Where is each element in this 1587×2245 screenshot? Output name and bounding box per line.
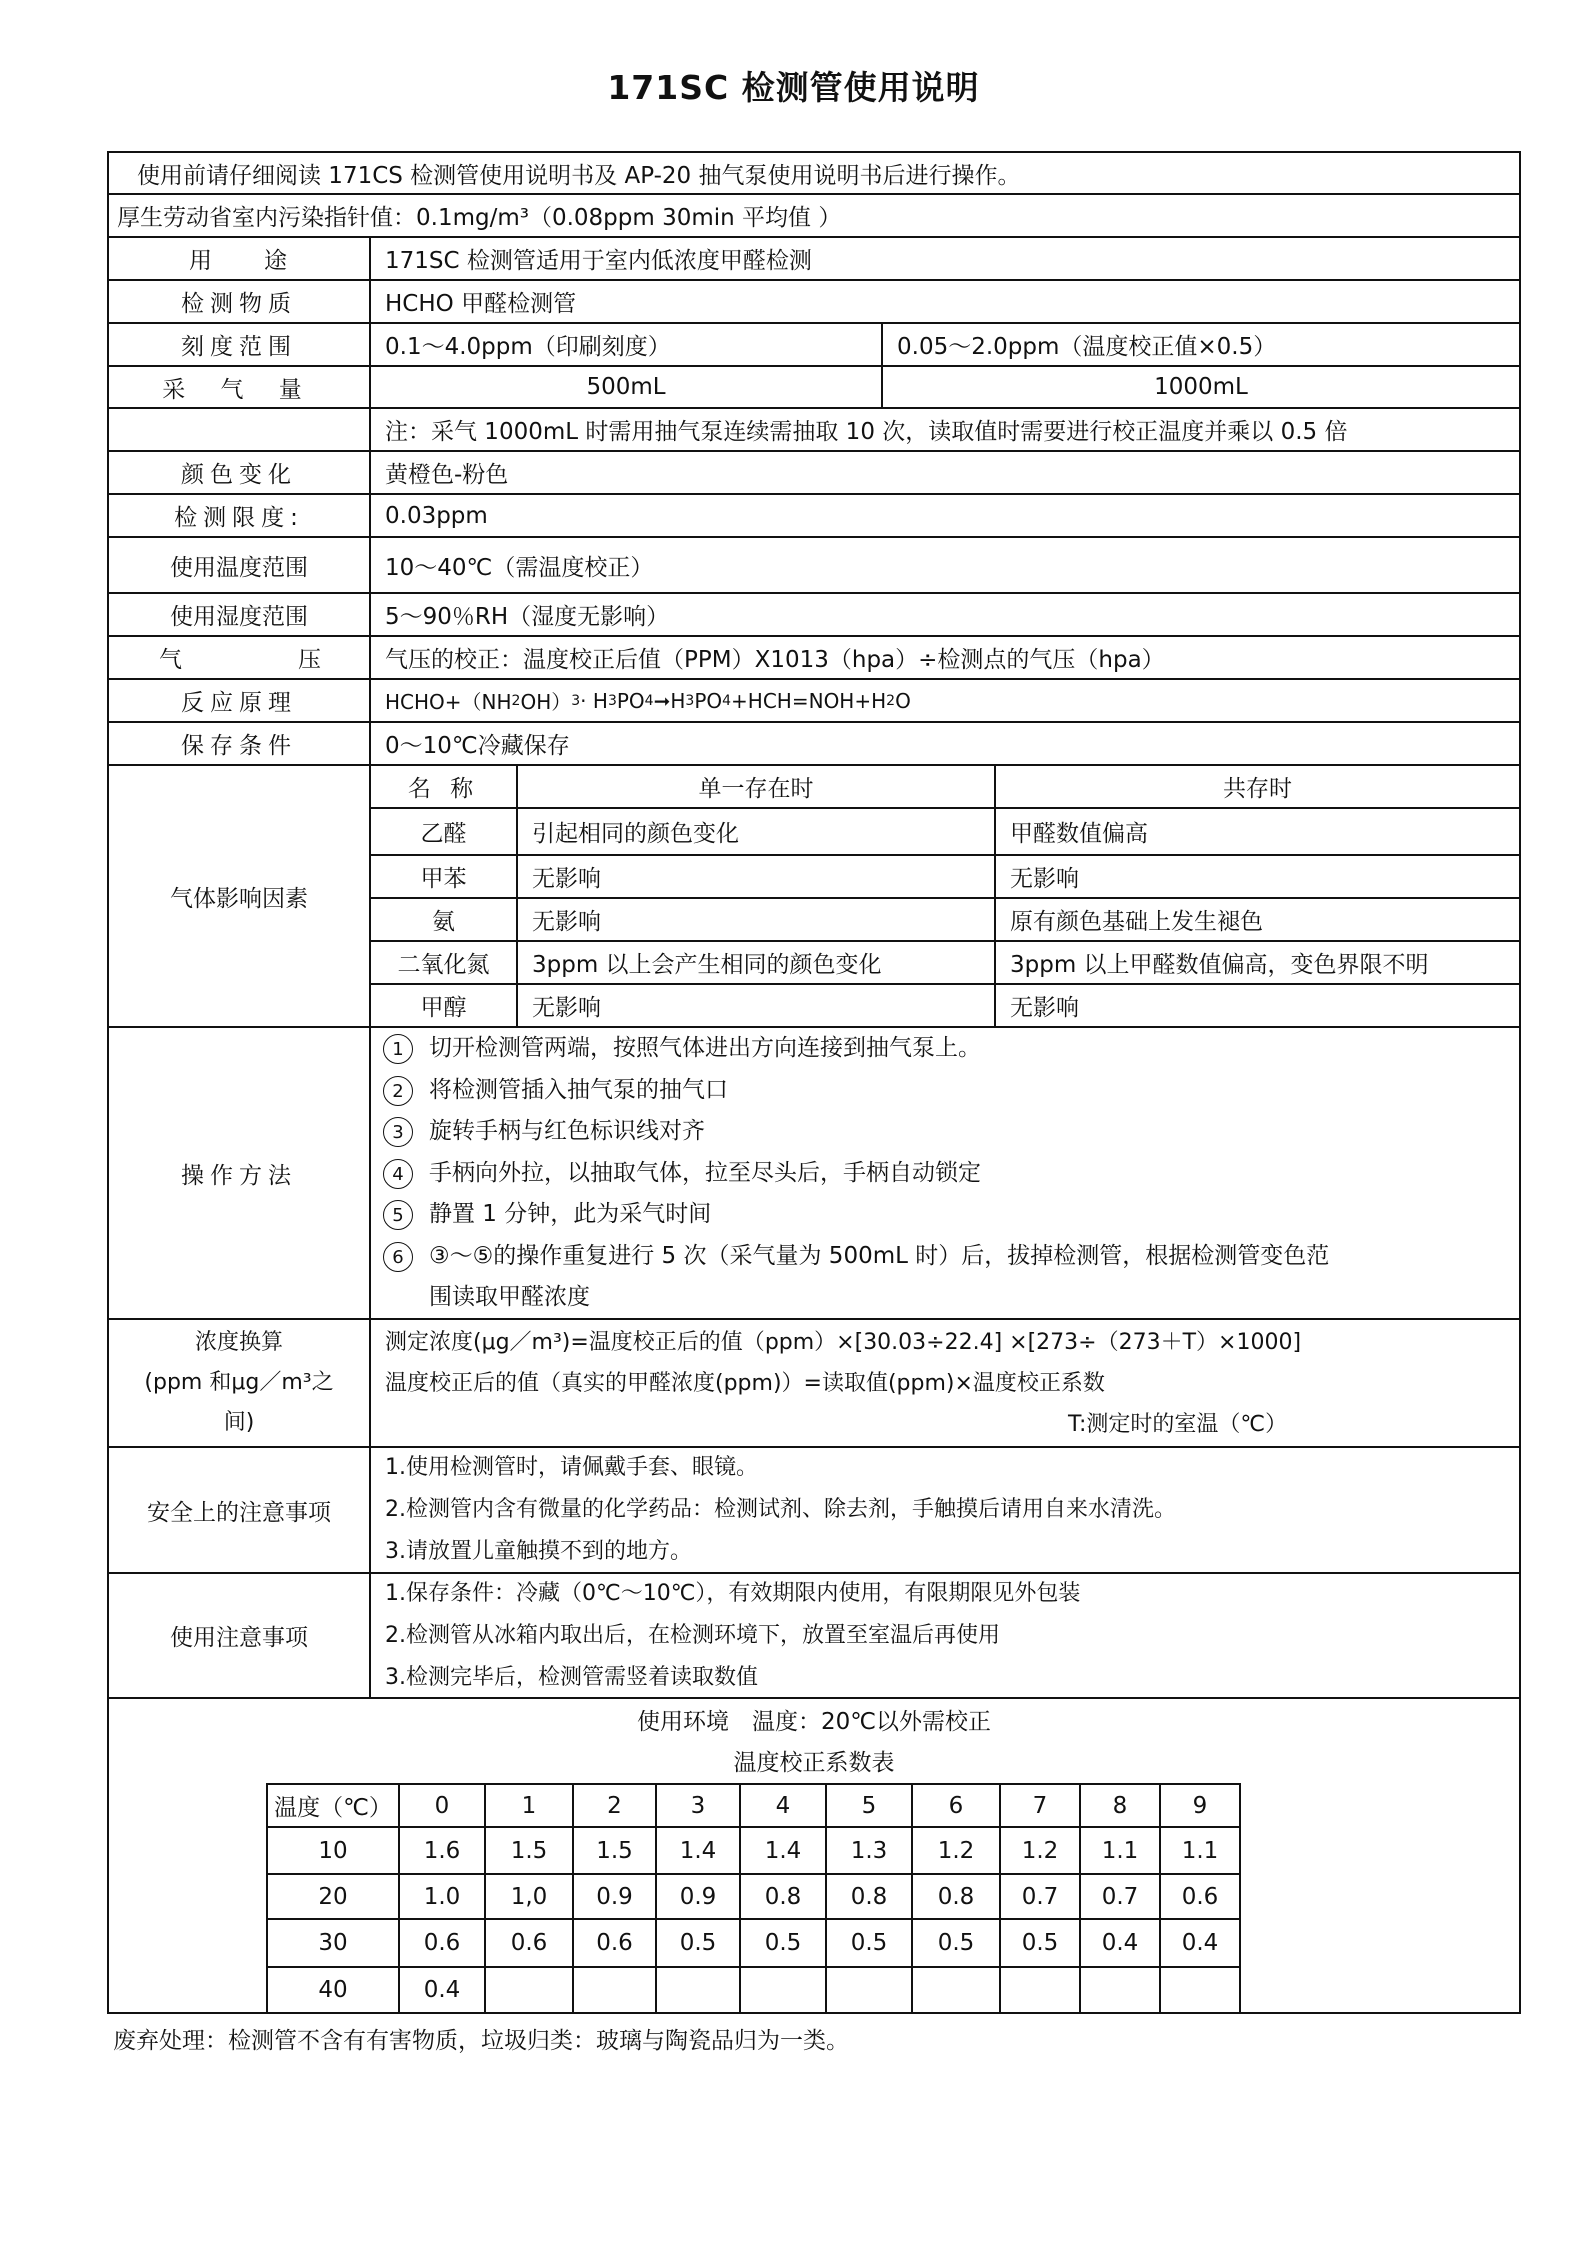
- sample-volume-label: 采 气 量: [109, 367, 369, 407]
- usage-notes-label: 使用注意事项: [109, 1574, 369, 1697]
- operation-step: 4手柄向外拉，以抽取气体，拉至尽头后，手柄自动锁定: [383, 1153, 981, 1195]
- conversion-formula-1: 测定浓度(μg／m³)=温度校正后的值（ppm）×[30.03÷22.4] ×[…: [385, 1322, 1301, 1363]
- color-change-value: 黄橙色-粉色: [371, 452, 1519, 493]
- step-number-icon: 4: [383, 1159, 413, 1189]
- gas-header-single: 单一存在时: [518, 766, 994, 807]
- pressure-label-a: 气: [159, 641, 182, 674]
- temp-range-label: 使用温度范围: [109, 538, 369, 592]
- operation-step: 6③～⑤的操作重复进行 5 次（采气量为 500mL 时）后，拔掉检测管，根据检…: [383, 1236, 1329, 1278]
- operation-step: 2将检测管插入抽气泵的抽气口: [383, 1070, 728, 1112]
- reaction-formula: HCHO+（NH2OH）3 · H3PO4➞H3PO4+HCH=NOH+H2O: [371, 680, 1519, 721]
- step-number-icon: 3: [383, 1117, 413, 1147]
- conversion-note: T:测定时的室温（℃）: [385, 1404, 1287, 1445]
- operation-step: 5静置 1 分钟，此为采气时间: [383, 1194, 711, 1236]
- gas-row-coexist: 原有颜色基础上发生褪色: [996, 899, 1519, 940]
- substance-value: HCHO 甲醛检测管: [371, 281, 1519, 322]
- table-row: 400.4: [267, 1967, 1240, 2013]
- gas-row-name: 甲苯: [371, 856, 516, 897]
- step-number-icon: 2: [383, 1076, 413, 1106]
- usage-note-item: 1.保存条件：冷藏（0℃～10℃），有效期限内使用，有限期限见外包装: [385, 1574, 1080, 1615]
- table-row: 101.61.51.51.41.41.31.21.21.11.1: [267, 1827, 1240, 1874]
- gas-row-name: 乙醛: [371, 809, 516, 854]
- gas-row-single: 无影响: [518, 985, 994, 1026]
- detection-limit-value: 0.03ppm: [371, 495, 1519, 536]
- gas-effects-label: 气体影响因素: [109, 766, 369, 1026]
- guideline-text: 厚生劳动省室内污染指针值：0.1mg/m³（0.08ppm 30min 平均值 …: [109, 195, 1519, 236]
- gas-header-coexist: 共存时: [996, 766, 1519, 807]
- sample-volume-1000: 1000mL: [883, 367, 1519, 407]
- storage-value: 0～10℃冷藏保存: [371, 723, 1519, 764]
- gas-row-single: 无影响: [518, 899, 994, 940]
- operation-steps: 1切开检测管两端，按照气体进出方向连接到抽气泵上。 2将检测管插入抽气泵的抽气口…: [371, 1028, 1519, 1318]
- reaction-label: 反应原理: [109, 680, 369, 721]
- safety-label: 安全上的注意事项: [109, 1448, 369, 1572]
- step-number-icon: 6: [383, 1242, 413, 1272]
- gas-row-single: 引起相同的颜色变化: [518, 809, 994, 854]
- sample-note: 注：采气 1000mL 时需用抽气泵连续需抽取 10 次，读取值时需要进行校正温…: [371, 409, 1519, 450]
- environment-line: 使用环境 温度：20℃以外需校正: [109, 1699, 1519, 1739]
- usage-note-item: 3.检测完毕后，检测管需竖着读取数值: [385, 1657, 758, 1698]
- usage-note-item: 2.检测管从冰箱内取出后，在检测环境下，放置至室温后再使用: [385, 1615, 1000, 1657]
- gas-row-name: 氨: [371, 899, 516, 940]
- operation-step: 1切开检测管两端，按照气体进出方向连接到抽气泵上。: [383, 1028, 981, 1070]
- operation-step: 3旋转手柄与红色标识线对齐: [383, 1111, 705, 1153]
- scale-range-printed: 0.1～4.0ppm（印刷刻度）: [371, 324, 881, 365]
- temp-range-value: 10～40℃（需温度校正）: [371, 538, 1519, 592]
- step-number-icon: 1: [383, 1034, 413, 1064]
- safety-item: 3.请放置儿童触摸不到的地方。: [385, 1531, 692, 1572]
- usage-label: 用 途: [109, 238, 369, 279]
- intro-text: 使用前请仔细阅读 171CS 检测管使用说明书及 AP-20 抽气泵使用说明书后…: [109, 153, 1519, 194]
- arrow-icon: ➞H: [654, 689, 686, 713]
- safety-item: 2.检测管内含有微量的化学药品：检测试剂、除去剂，手触摸后请用自来水清洗。: [385, 1489, 1176, 1531]
- substance-label: 检测物质: [109, 281, 369, 322]
- gas-row-single: 无影响: [518, 856, 994, 897]
- pressure-label: 气 压: [109, 637, 369, 678]
- gas-row-coexist: 甲醛数值偏高: [996, 809, 1519, 854]
- table-row: 201.01,00.90.90.80.80.80.70.70.6: [267, 1874, 1240, 1919]
- temperature-correction-table: 温度（℃） 0 1 2 3 4 5 6 7 8 9 101.61.51.51.4…: [266, 1783, 1241, 2014]
- spec-table: 使用前请仔细阅读 171CS 检测管使用说明书及 AP-20 抽气泵使用说明书后…: [0, 0, 1587, 2245]
- sample-volume-500: 500mL: [371, 367, 881, 407]
- operation-label: 操作方法: [109, 1028, 369, 1318]
- scale-range-corrected: 0.05～2.0ppm（温度校正值×0.5）: [883, 324, 1519, 365]
- gas-header-name: 名 称: [371, 766, 516, 807]
- gas-row-coexist: 无影响: [996, 985, 1519, 1026]
- scale-range-label: 刻度范围: [109, 324, 369, 365]
- usage-notes-items: 1.保存条件：冷藏（0℃～10℃），有效期限内使用，有限期限见外包装 2.检测管…: [371, 1574, 1519, 1697]
- gas-row-single: 3ppm 以上会产生相同的颜色变化: [518, 942, 994, 983]
- table-row: 300.60.60.60.50.50.50.50.50.40.4: [267, 1919, 1240, 1967]
- storage-label: 保存条件: [109, 723, 369, 764]
- table-header-row: 温度（℃） 0 1 2 3 4 5 6 7 8 9: [267, 1784, 1240, 1827]
- gas-row-name: 甲醇: [371, 985, 516, 1026]
- safety-item: 1.使用检测管时，请佩戴手套、眼镜。: [385, 1448, 758, 1489]
- operation-step-continuation: 围读取甲醛浓度: [383, 1277, 590, 1318]
- pressure-label-b: 压: [298, 641, 321, 674]
- humidity-range-value: 5～90％RH（湿度无影响）: [371, 594, 1519, 635]
- disposal-note: 废弃处理：检测管不含有有害物质，垃圾归类：玻璃与陶瓷品归为一类。: [113, 2022, 849, 2055]
- pressure-value: 气压的校正：温度校正后值（PPM）X1013（hpa）÷检测点的气压（hpa）: [371, 637, 1519, 678]
- gas-row-coexist: 3ppm 以上甲醛数值偏高，变色界限不明: [996, 942, 1519, 983]
- color-change-label: 颜色变化: [109, 452, 369, 493]
- gas-row-coexist: 无影响: [996, 856, 1519, 897]
- safety-items: 1.使用检测管时，请佩戴手套、眼镜。 2.检测管内含有微量的化学药品：检测试剂、…: [371, 1448, 1519, 1572]
- correction-table-title: 温度校正系数表: [109, 1740, 1519, 1780]
- conversion-formulas: 测定浓度(μg／m³)=温度校正后的值（ppm）×[30.03÷22.4] ×[…: [371, 1320, 1519, 1446]
- usage-value: 171SC 检测管适用于室内低浓度甲醛检测: [371, 238, 1519, 279]
- humidity-range-label: 使用湿度范围: [109, 594, 369, 635]
- gas-row-name: 二氧化氮: [371, 942, 516, 983]
- conversion-label: 浓度换算 (ppm 和μg／m³之 间): [109, 1320, 369, 1446]
- conversion-formula-2: 温度校正后的值（真实的甲醛浓度(ppm)）=读取值(ppm)×温度校正系数: [385, 1363, 1105, 1404]
- detection-limit-label: 检测限度:: [109, 495, 369, 536]
- step-number-icon: 5: [383, 1200, 413, 1230]
